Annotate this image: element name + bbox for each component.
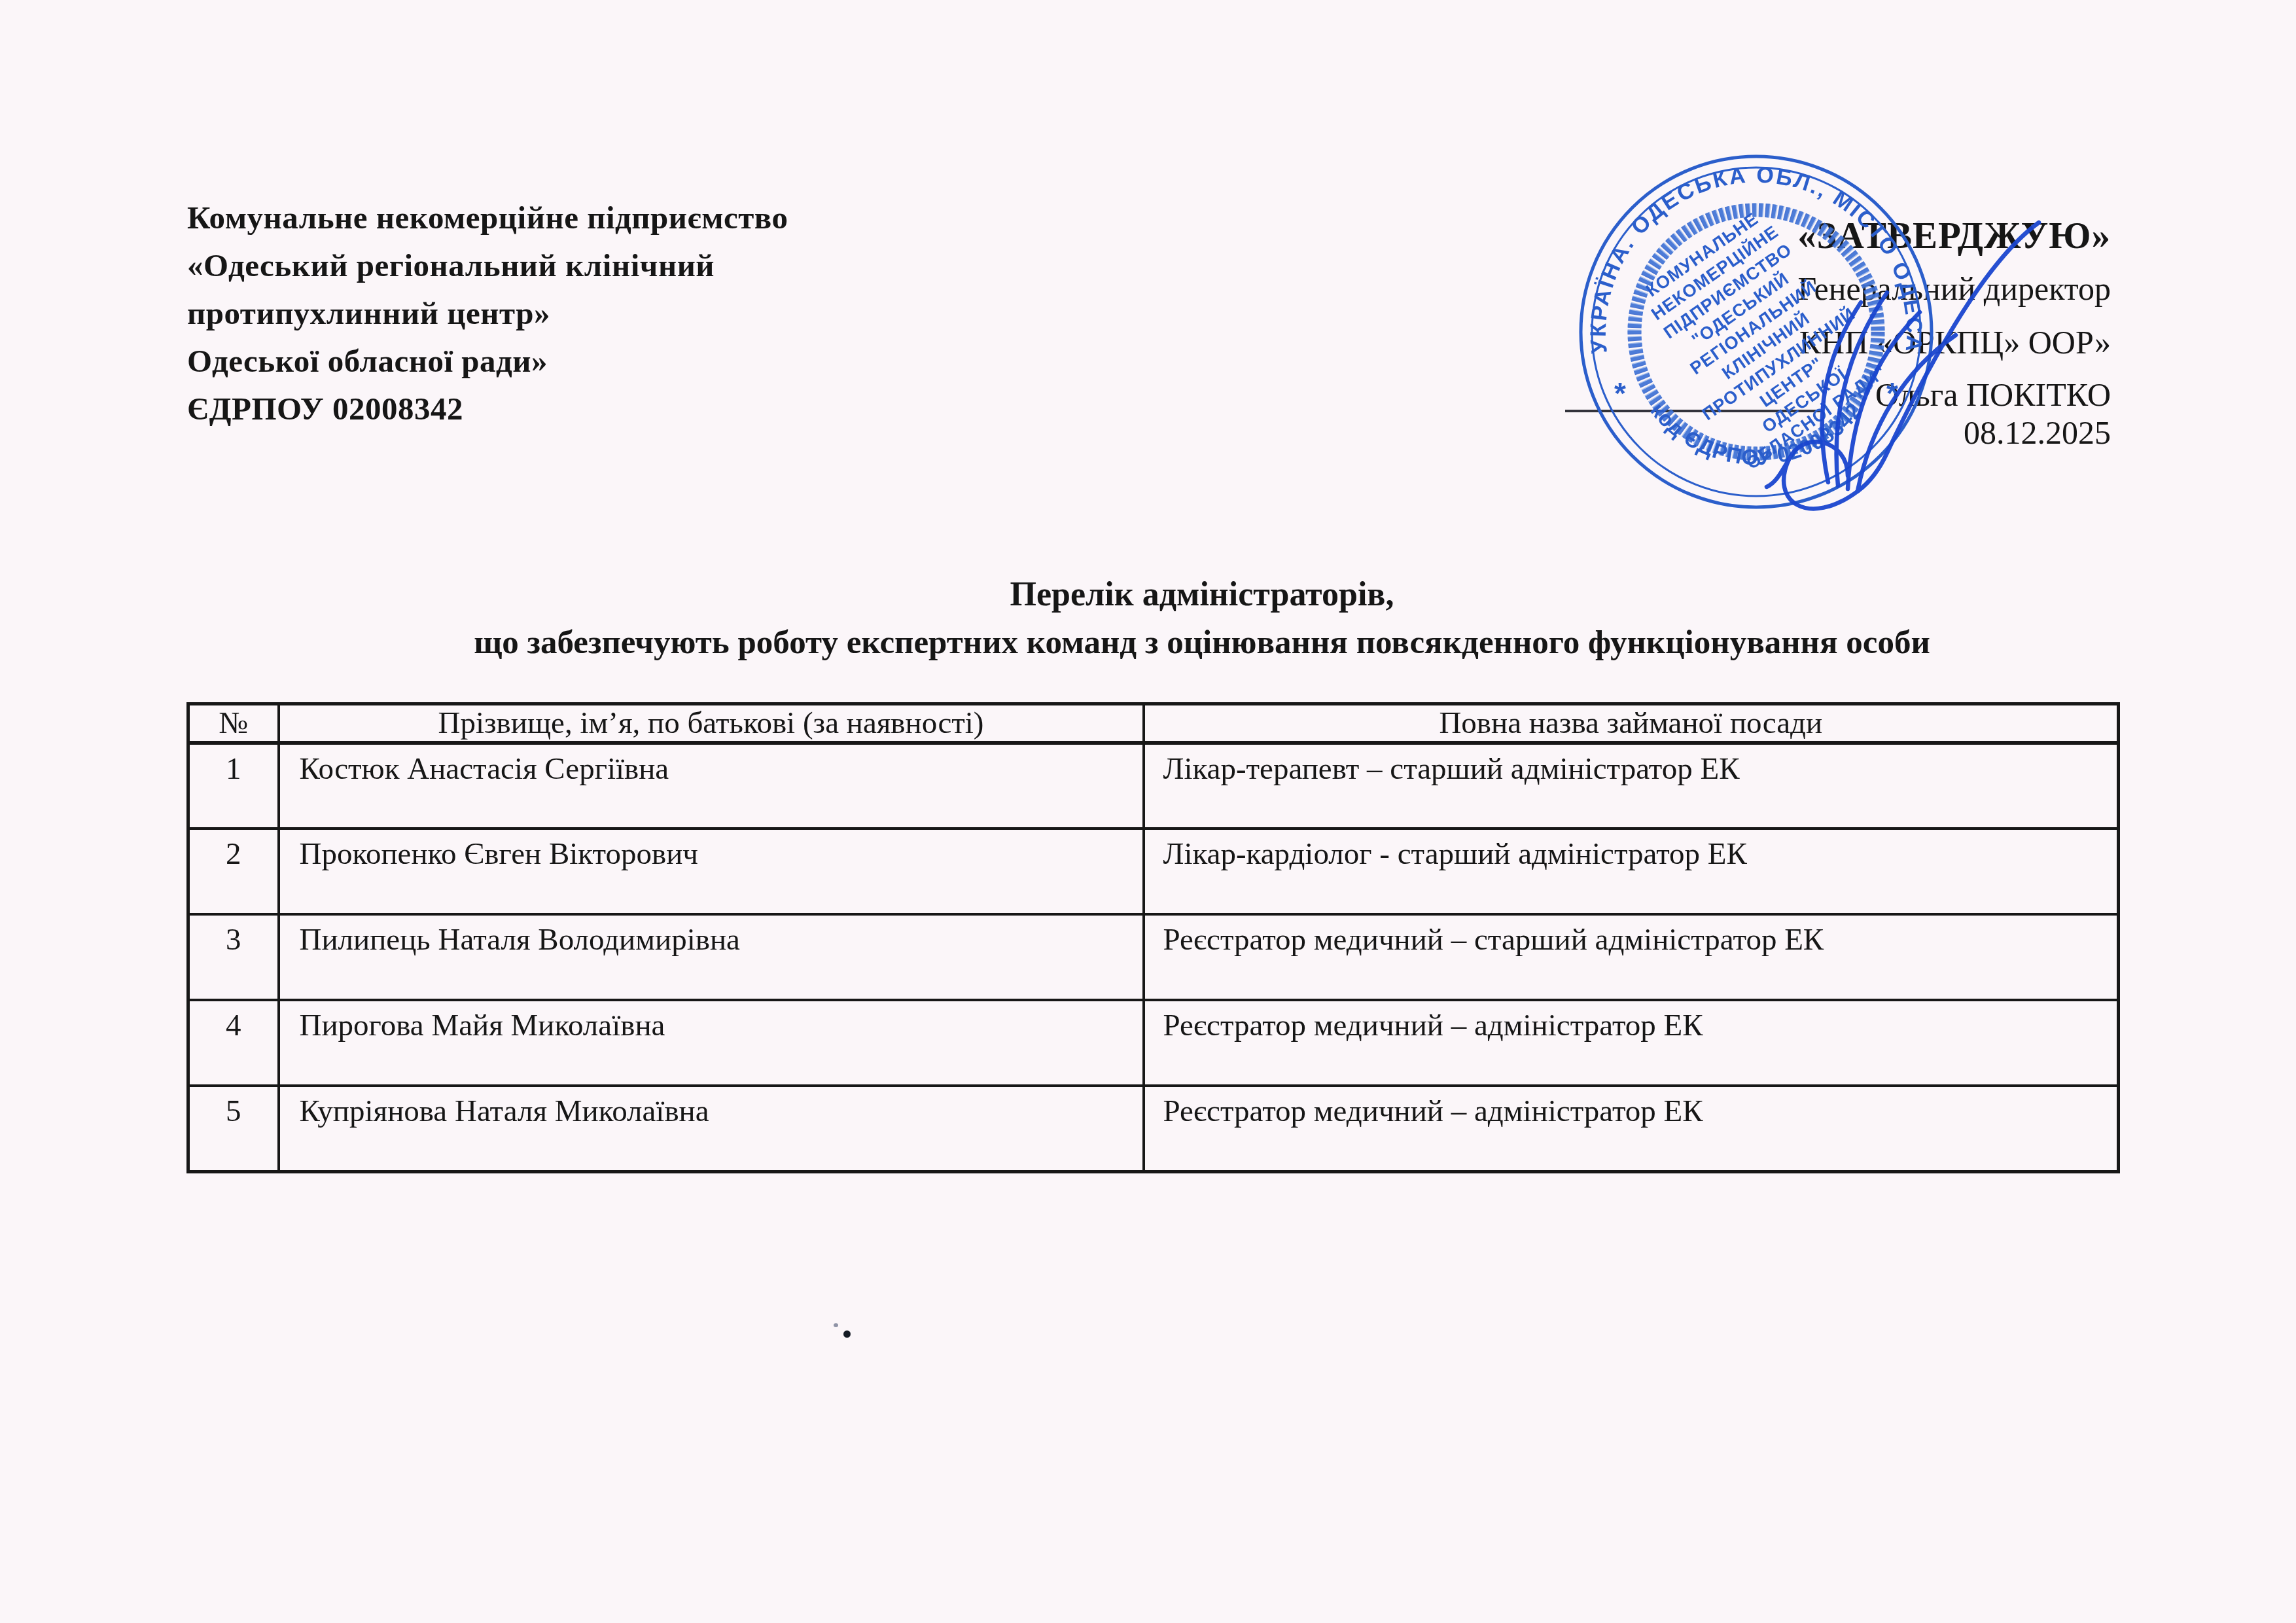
org-line: Одеської обласної ради» [187,337,788,385]
org-block: Комунальне некомерційне підприємство «Од… [187,194,788,433]
person-name: Прокопенко Євген Вікторович [279,829,1144,914]
scan-speck [843,1330,851,1338]
table-row: 4 Пирогова Майя Миколаївна Реєстратор ме… [188,1000,2119,1086]
admins-table: № Прізвище, ім’я, по батькові (за наявно… [186,702,2120,1173]
person-name: Купріянова Наталя Миколаївна [279,1086,1144,1171]
table-row: 2 Прокопенко Євген Вікторович Лікар-кард… [188,829,2119,914]
position-title: Лікар-кардіолог - старший адміністратор … [1144,829,2119,914]
person-name: Пирогова Майя Миколаївна [279,1000,1144,1086]
row-number: 1 [188,743,279,829]
org-line: Комунальне некомерційне підприємство [187,194,788,241]
position-title: Реєстратор медичний – старший адміністра… [1144,914,2119,1000]
stamp-star-left-icon: * [1614,376,1626,410]
org-stamp: УКРАЇНА. ОДЕСЬКА ОБЛ., МІСТО ОДЕСА код Є… [1573,145,2070,518]
col-header-position: Повна назва займаної посади [1144,704,2119,743]
org-line: «Одеський регіональний клінічний [187,241,788,289]
table-row: 1 Костюк Анастасія Сергіївна Лікар-терап… [188,743,2119,829]
position-title: Реєстратор медичний – адміністратор ЕК [1144,1086,2119,1171]
col-header-num: № [188,704,279,743]
row-number: 2 [188,829,279,914]
document-title: Перелік адміністраторів, що забезпечують… [111,571,2293,666]
document-page: Комунальне некомерційне підприємство «Од… [0,0,2296,1623]
org-line: протипухлинний центр» [187,289,788,337]
table-header-row: № Прізвище, ім’я, по батькові (за наявно… [188,704,2119,743]
row-number: 4 [188,1000,279,1086]
row-number: 5 [188,1086,279,1171]
title-line-2: що забезпечують роботу експертних команд… [111,619,2293,666]
table-row: 5 Купріянова Наталя Миколаївна Реєстрато… [188,1086,2119,1171]
person-name: Костюк Анастасія Сергіївна [279,743,1144,829]
title-line-1: Перелік адміністраторів, [111,571,2293,619]
col-header-name: Прізвище, ім’я, по батькові (за наявност… [279,704,1144,743]
position-title: Лікар-терапевт – старший адміністратор Е… [1144,743,2119,829]
person-name: Пилипець Наталя Володимирівна [279,914,1144,1000]
scan-speck [834,1323,838,1327]
org-edrpou: ЄДРПОУ 02008342 [187,385,788,433]
position-title: Реєстратор медичний – адміністратор ЕК [1144,1000,2119,1086]
table-row: 3 Пилипець Наталя Володимирівна Реєстрат… [188,914,2119,1000]
row-number: 3 [188,914,279,1000]
